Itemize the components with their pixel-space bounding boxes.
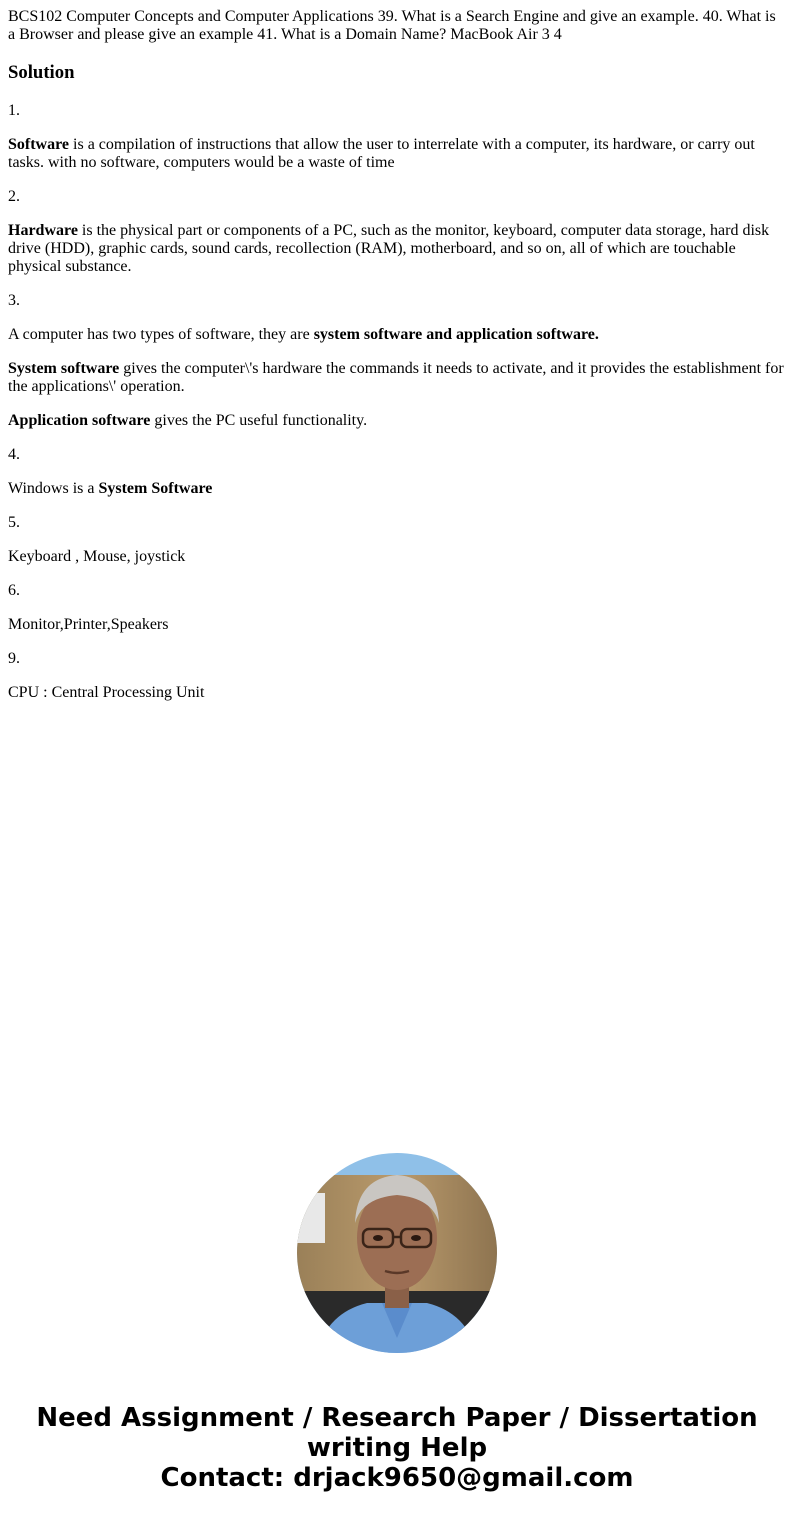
answer-number: 3.: [8, 292, 786, 310]
tutor-avatar: [297, 1153, 497, 1353]
answer-number: 1.: [8, 102, 786, 120]
term-hardware: Hardware: [8, 222, 78, 239]
solution-heading: Solution: [8, 62, 786, 84]
question-text: BCS102 Computer Concepts and Computer Ap…: [8, 8, 786, 44]
answer-number: 9.: [8, 650, 786, 668]
answer-paragraph: Keyboard , Mouse, joystick: [8, 548, 786, 566]
answer-paragraph: A computer has two types of software, th…: [8, 326, 786, 344]
answer-number: 2.: [8, 188, 786, 206]
promo-banner: Need Assignment / Research Paper / Disse…: [0, 1403, 794, 1493]
answer-number: 5.: [8, 514, 786, 532]
term-software: Software: [8, 136, 69, 153]
answer-paragraph: Application software gives the PC useful…: [8, 412, 786, 430]
promo-line-2: writing Help: [0, 1433, 794, 1463]
answer-paragraph: System software gives the computer\'s ha…: [8, 360, 786, 396]
promo-line-1: Need Assignment / Research Paper / Disse…: [0, 1403, 794, 1433]
answer-paragraph: CPU : Central Processing Unit: [8, 684, 786, 702]
answer-paragraph: Hardware is the physical part or compone…: [8, 222, 786, 276]
answer-paragraph: Windows is a System Software: [8, 480, 786, 498]
promo-contact: Contact: drjack9650@gmail.com: [0, 1463, 794, 1493]
answer-number: 6.: [8, 582, 786, 600]
document-body: BCS102 Computer Concepts and Computer Ap…: [8, 8, 786, 718]
answer-number: 4.: [8, 446, 786, 464]
answer-paragraph: Software is a compilation of instruction…: [8, 136, 786, 172]
answer-paragraph: Monitor,Printer,Speakers: [8, 616, 786, 634]
term-system-software: System software: [8, 360, 119, 377]
term-application-software: Application software: [8, 412, 150, 429]
